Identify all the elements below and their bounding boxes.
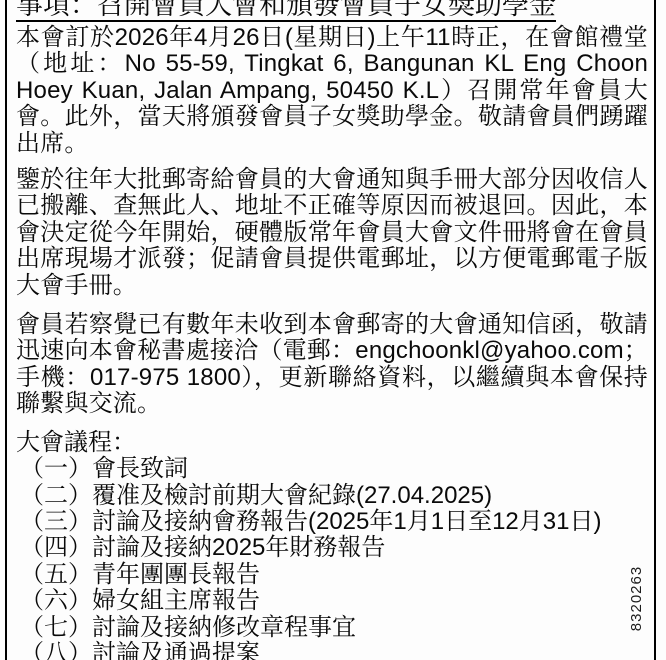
left-border-rule: [5, 0, 7, 660]
agenda-item-5: （五）青年團團長報告: [16, 562, 648, 588]
right-border-rule: [654, 0, 656, 660]
subject-line: 事項：召開會員大會和頒發會員子女獎助學金: [16, 0, 648, 20]
paragraph-mailing-policy: 鑒於往年大批郵寄給會員的大會通知與手冊大部分因收信人已搬離、查無此人、地址不正確…: [16, 167, 648, 299]
notice-content: 事項：召開會員大會和頒發會員子女獎助學金 本會訂於2026年4月26日(星期日)…: [16, 0, 648, 660]
agenda-item-8: （八）討論及通過提案: [16, 641, 648, 660]
paragraph-meeting-details: 本會訂於2026年4月26日(星期日)上午11時正，在會館禮堂（地址：No 55…: [16, 25, 648, 157]
agenda-item-2: （二）覆准及檢討前期大會紀錄(27.04.2025): [16, 483, 648, 509]
agenda-item-7: （七）討論及接納修改章程事宜: [16, 615, 648, 641]
subject-line-text: 事項：召開會員大會和頒發會員子女獎助學金: [16, 0, 556, 22]
agenda-item-6: （六）婦女組主席報告: [16, 588, 648, 614]
agenda-item-1: （一）會長致詞: [16, 456, 648, 482]
paragraph-contact-update: 會員若察覺已有數年未收到本會郵寄的大會通知信函，敬請迅速向本會秘書處接洽（電郵：…: [16, 312, 648, 418]
newspaper-notice-page: 事項：召開會員大會和頒發會員子女獎助學金 本會訂於2026年4月26日(星期日)…: [0, 0, 666, 660]
agenda-item-3: （三）討論及接納會務報告(2025年1月1日至12月31日): [16, 509, 648, 535]
ad-reference-number: 8320263: [626, 550, 648, 646]
agenda-item-4: （四）討論及接納2025年財務報告: [16, 535, 648, 561]
ad-reference-number-text: 8320263: [629, 565, 646, 630]
agenda-title: 大會議程：: [16, 430, 648, 456]
